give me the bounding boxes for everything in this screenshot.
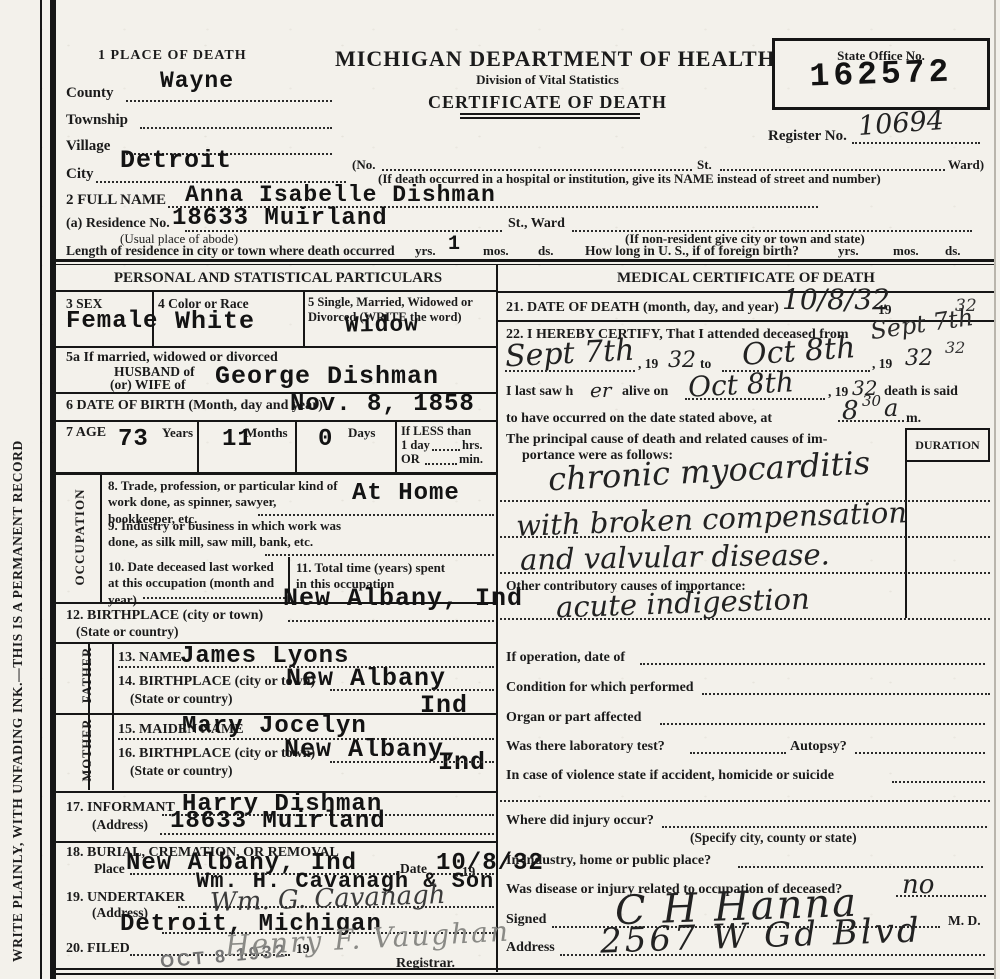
residence-label: (a) Residence No. (66, 216, 170, 232)
from-year-prefix: , 19 (638, 356, 658, 372)
us-mos-label: mos. (893, 243, 919, 259)
autopsy-line (855, 752, 985, 754)
row-rule-4 (56, 472, 496, 475)
mother-strip-line-inner (112, 714, 114, 790)
county-value: Wayne (160, 68, 234, 94)
place-of-death-label: 1 PLACE OF DEATH (98, 48, 247, 64)
injury-note: (Specify city, county or state) (690, 830, 857, 846)
age-years-value: 73 (118, 426, 149, 453)
violence-line (892, 781, 985, 783)
city-label: City (66, 166, 94, 183)
trade-line (258, 514, 494, 516)
father-name-label: 13. NAME (118, 650, 182, 666)
injury-line (662, 826, 987, 828)
operation-label: If operation, date of (506, 650, 625, 666)
lab-test-line (690, 752, 786, 754)
bottom-rule-1 (56, 968, 994, 970)
st-ward-label: St., Ward (508, 216, 565, 232)
last-saw-suffix: alive on (622, 384, 668, 400)
street-no-label: (No. (352, 157, 375, 173)
hrs-label: hrs. (462, 438, 483, 453)
trade-value: At Home (352, 480, 460, 507)
register-label: Register No. (768, 128, 847, 145)
to-year-prefix: , 19 (872, 356, 892, 372)
mother-birthplace-line (330, 761, 494, 763)
operation-line (640, 663, 985, 665)
race-value: White (175, 307, 255, 336)
scan-edge-bar (50, 0, 56, 979)
row-rule-9 (56, 841, 496, 843)
disease-related-line (896, 895, 986, 897)
occurred-time-line (838, 420, 904, 422)
birthplace-line (288, 620, 494, 622)
informant-address-label: (Address) (92, 817, 148, 833)
informant-address-value: 18633 Muirland (170, 808, 386, 835)
violence-label: In case of violence state if accident, h… (506, 768, 834, 784)
city-value: Detroit (120, 146, 232, 175)
industry-label: 9. Industry or business in which work wa… (108, 518, 343, 551)
one-day-label: 1 day (401, 438, 430, 453)
medical-title-rule (498, 291, 994, 293)
state-office-number: 162572 (771, 52, 990, 97)
bottom-rule-2 (56, 973, 994, 975)
cause-line-3-rule (500, 572, 990, 574)
lab-test-label: Was there laboratory test? (506, 739, 665, 755)
scan-right-edge (994, 0, 996, 979)
occurred-m-label: m. (906, 411, 921, 427)
organ-line (660, 723, 985, 725)
us-ds-label: ds. (945, 243, 961, 259)
age-divider-2 (295, 421, 297, 472)
industry-place-line (738, 866, 983, 868)
doc-title-underline-2 (460, 117, 640, 119)
cause-line-2-rule (500, 536, 990, 538)
contributory-rule (500, 618, 990, 620)
occupation-side-label: OCCUPATION (72, 472, 92, 602)
us-length-label: How long in U. S., if of foreign birth? (585, 243, 799, 259)
father-state-label: (State or country) (130, 691, 232, 707)
organ-label: Organ or part affected (506, 710, 641, 726)
dept-title: MICHIGAN DEPARTMENT OF HEALTH (335, 46, 760, 72)
hrs-line (432, 449, 460, 451)
last-worked-line (143, 597, 285, 599)
spouse-value: George Dishman (215, 362, 439, 391)
burial-place-label: Place (94, 861, 125, 877)
age-label: 7 AGE (66, 425, 106, 441)
township-line (140, 127, 332, 129)
margin-note: WRITE PLAINLY, WITH UNFADING INK.—THIS I… (10, 12, 26, 962)
from-year-hw: 32 (668, 348, 696, 373)
last-saw-prefix: I last saw h (506, 384, 573, 400)
days-label: Days (348, 425, 375, 441)
personal-section-title: PERSONAL AND STATISTICAL PARTICULARS (60, 270, 496, 287)
dob-label: 6 DATE OF BIRTH (Month, day and year) (66, 398, 323, 414)
condition-line (702, 693, 990, 695)
age-divider-1 (197, 421, 199, 472)
years-label: Years (162, 425, 193, 441)
dod-label: 21. DATE OF DEATH (month, day, and year) (506, 300, 779, 316)
father-birthplace-line (330, 689, 494, 691)
doc-title-underline-1 (460, 113, 640, 115)
death-certificate-scan: WRITE PLAINLY, WITH UNFADING INK.—THIS I… (0, 0, 1000, 979)
father-strip-line-inner (112, 643, 114, 713)
register-line (852, 142, 980, 144)
filed-label: 20. FILED (66, 941, 130, 957)
birthplace-label: 12. BIRTHPLACE (city or town) (66, 608, 263, 624)
undertaker-label: 19. UNDERTAKER (66, 890, 185, 906)
father-birthplace-state: Ind (420, 691, 468, 720)
dod-value: 10/8/32 (782, 283, 890, 316)
duration-column-line (905, 462, 907, 618)
to-year-hw: 32 (905, 346, 933, 371)
undertaker-line (178, 906, 494, 908)
age-days-value: 0 (318, 426, 333, 453)
scan-edge-line (40, 0, 42, 979)
attended-from-line (505, 370, 635, 372)
county-line (126, 100, 332, 102)
min-line (425, 463, 457, 465)
medical-section-title: MEDICAL CERTIFICATE OF DEATH (498, 270, 994, 287)
injury-label: Where did injury occur? (506, 813, 654, 829)
header-divider-1 (56, 259, 994, 262)
us-yrs-label: yrs. (838, 243, 859, 259)
county-label: County (66, 85, 114, 102)
doc-title: CERTIFICATE OF DEATH (335, 92, 760, 113)
cause-line-3: and valvular disease. (520, 537, 830, 576)
industry-place-label: In industry, home or public place? (506, 853, 711, 869)
mother-birthplace-value: New Albany, (284, 735, 460, 764)
header-divider-2 (56, 264, 994, 265)
last-saw-line (685, 398, 825, 400)
yrs-value: 1 (448, 233, 461, 256)
occurred-time-minutes: 30 (862, 392, 881, 410)
last-worked-label: 10. Date deceased last worked at this oc… (108, 559, 286, 608)
attended-from-value: Sept 7th (504, 333, 635, 375)
row-rule-3 (56, 420, 496, 422)
yrs-label: yrs. (415, 243, 436, 259)
dept-subtitle: Division of Vital Statistics (335, 72, 760, 88)
less-than-label: If LESS than (401, 424, 471, 439)
mother-strip-line-outer (88, 714, 90, 790)
md-label: M. D. (948, 913, 981, 929)
min-label: min. (459, 452, 483, 467)
residence-value: 18633 Muirland (172, 205, 388, 232)
sex-value: Female (66, 308, 158, 335)
race-marital-divider (303, 292, 305, 346)
signed-label: Signed (506, 912, 546, 928)
township-label: Township (66, 112, 128, 129)
last-saw-er: er (590, 378, 611, 402)
row-rule-1 (56, 346, 496, 348)
address-line (560, 954, 985, 956)
to-year-hw-artifact: 32 (945, 338, 965, 357)
condition-label: Condition for which performed (506, 680, 694, 696)
street-ward-label: Ward) (948, 157, 984, 173)
length-label: Length of residence in city or town wher… (66, 243, 395, 259)
age-divider-3 (395, 421, 397, 472)
occupation-strip-divider (100, 475, 102, 602)
address-label: Address (506, 940, 555, 956)
sex-race-divider (152, 292, 154, 346)
occurred-label: to have occurred on the date stated abov… (506, 411, 772, 427)
principal-label-1: The principal cause of death and related… (506, 432, 827, 448)
mother-state-label: (State or country) (130, 763, 232, 779)
personal-title-rule (56, 290, 496, 292)
injury-section-rule (500, 800, 990, 802)
father-strip-line-outer (88, 643, 90, 713)
wife-label: (or) WIFE of (110, 377, 186, 393)
industry-line (265, 554, 494, 556)
duration-label: DURATION (905, 438, 990, 453)
dob-value: Nov. 8, 1858 (290, 391, 475, 418)
mos-label: mos. (483, 243, 509, 259)
months-label: Months (245, 425, 288, 441)
autopsy-label: Autopsy? (790, 739, 847, 755)
marital-value: Widow (345, 311, 419, 338)
village-label: Village (66, 138, 110, 155)
birthplace-value: New Albany, Ind (283, 584, 523, 613)
informant-address-line (160, 833, 494, 835)
occurred-time-ampm: a (884, 394, 898, 422)
ds-label: ds. (538, 243, 554, 259)
or-label: OR (401, 452, 420, 467)
register-number: 10694 (857, 105, 945, 142)
informant-label: 17. INFORMANT (66, 800, 175, 816)
full-name-label: 2 FULL NAME (66, 192, 166, 209)
